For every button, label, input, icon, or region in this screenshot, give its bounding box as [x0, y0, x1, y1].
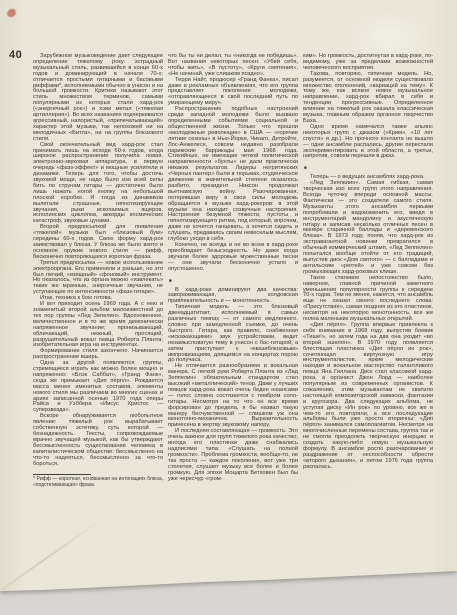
paragraph: Такова, повторяю, типичная модель. Но, р… — [303, 72, 433, 125]
footnote: * Рифф — короткая, основанная на интонац… — [33, 477, 163, 488]
paragraph: Одно время намечался также альянс некото… — [303, 125, 433, 160]
paragraph: Второй предпосылкой для появления «тяжел… — [33, 225, 163, 260]
column-3: ким». Но громкость, достигнутая в хард-р… — [303, 54, 433, 488]
paragraph: Конечно, не всегда и не во всем в хард-р… — [168, 243, 298, 273]
section-divider-square: ■ — [304, 165, 433, 170]
paragraph: Зарубежное музыковедение дает следующее … — [33, 54, 163, 143]
footnote-rule — [33, 474, 91, 475]
paragraph: «Дип пёрпл». Группа впервые привлекла к … — [303, 323, 433, 471]
paragraph: Третья предпосылка — новое использование… — [33, 261, 163, 296]
paragraph: Типичная модель — это блюзовый двенадцат… — [168, 305, 298, 364]
paragraph: Терри Найт, продюсер «Гранд Фанка», писа… — [168, 78, 298, 108]
scanned-magazine-page: 40 Зарубежное музыковедение дает следующ… — [0, 0, 457, 615]
paper-sheet-wrap: 40 Зарубежное музыковедение дает следующ… — [0, 0, 457, 615]
paragraph: И последняя составляющая — громкость. Эт… — [168, 429, 298, 482]
paragraph: Вскоре обнаруживается любопытное явление… — [33, 414, 163, 467]
section-divider-square: ■ — [169, 278, 298, 283]
paper-crease — [0, 518, 103, 606]
column-2: что бы ты ни делал, ты «никогда не побед… — [168, 54, 298, 488]
column-1: Зарубежное музыковедение дает следующее … — [33, 54, 163, 467]
paragraph: И вот приходит осень 1969 года. А с нею … — [33, 302, 163, 349]
paragraph: ким». Но громкость, достигнутая в хард-р… — [303, 54, 433, 72]
paragraph: что бы ты ни делал, ты «никогда не побед… — [168, 54, 298, 78]
paragraph: В хард-роке доминируют два качества: зав… — [168, 288, 298, 306]
red-ink-smudge — [6, 8, 17, 18]
paragraph: Не отличается разнообразием и вокальная … — [168, 364, 298, 429]
column-1-wrap: Зарубежное музыковедение дает следующее … — [33, 54, 163, 488]
paragraph: Такое стилевое непостоянство было, навер… — [303, 276, 433, 323]
paragraph: Свой окончательный вид хард-рок стал при… — [33, 143, 163, 226]
paragraph: Распространение подобных настроений сред… — [168, 107, 298, 243]
article-columns: Зарубежное музыковедение дает следующее … — [33, 54, 433, 488]
paper-sheet: 40 Зарубежное музыковедение дает следующ… — [0, 0, 457, 615]
paragraph: Одна за другой появляются группы, стремя… — [33, 361, 163, 414]
paragraph: «Лед Зеппелин». Самая гибкая, самая твор… — [303, 181, 433, 276]
page-number: 40 — [9, 49, 22, 61]
